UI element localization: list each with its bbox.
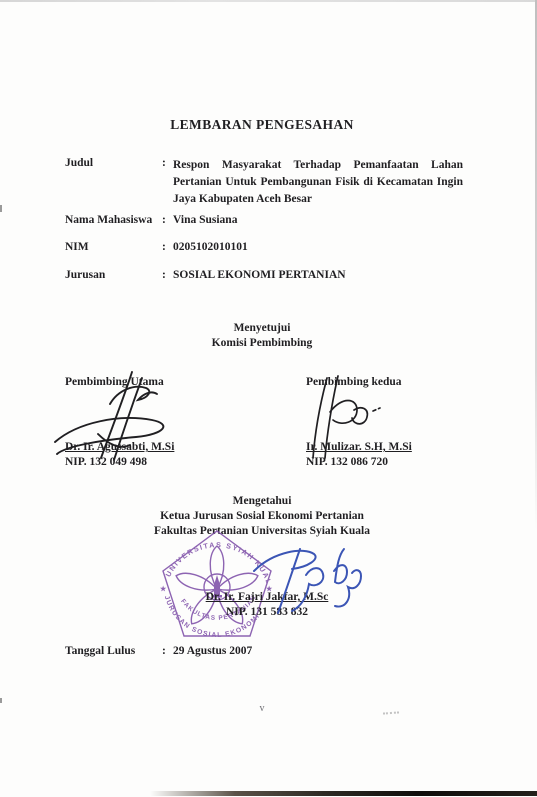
jurusan-colon: : [162, 269, 166, 281]
scan-edge-bottom [150, 791, 537, 796]
nama-colon: : [162, 214, 166, 226]
endorsement-heading-line2: Ketua Jurusan Sosial Ekonomi Pertanian [0, 509, 524, 524]
judul-colon: : [162, 157, 166, 169]
nim-label: NIM [65, 241, 89, 253]
endorsement-heading-line1: Mengetahui [0, 494, 524, 509]
tanggal-lulus-label: Tanggal Lulus [65, 645, 135, 657]
scan-speck [0, 205, 2, 212]
approval-heading: Menyetujui Komisi Pembimbing [0, 321, 524, 351]
nim-colon: : [162, 241, 166, 253]
supervisor1-signature-icon [52, 370, 187, 462]
nama-label: Nama Mahasiswa [65, 214, 152, 226]
approval-heading-line1: Menyetujui [0, 321, 524, 336]
nim-value: 0205102010101 [173, 241, 248, 253]
scan-edge-top [0, 0, 537, 2]
department-head-signature-icon [246, 543, 366, 617]
jurusan-label: Jurusan [65, 269, 105, 281]
nama-value: Vina Susiana [173, 214, 237, 226]
approval-heading-line2: Komisi Pembimbing [0, 336, 524, 351]
jurusan-value: SOSIAL EKONOMI PERTANIAN [173, 269, 346, 281]
judul-value: Respon Masyarakat Terhadap Pemanfaatan L… [173, 157, 463, 208]
page-title: LEMBARAN PENGESAHAN [0, 117, 524, 133]
page-number: v [0, 703, 524, 714]
thesis-approval-page: LEMBARAN PENGESAHAN Judul : Respon Masya… [0, 0, 537, 797]
supervisor2-signature-icon [300, 374, 390, 460]
judul-label: Judul [65, 157, 93, 169]
